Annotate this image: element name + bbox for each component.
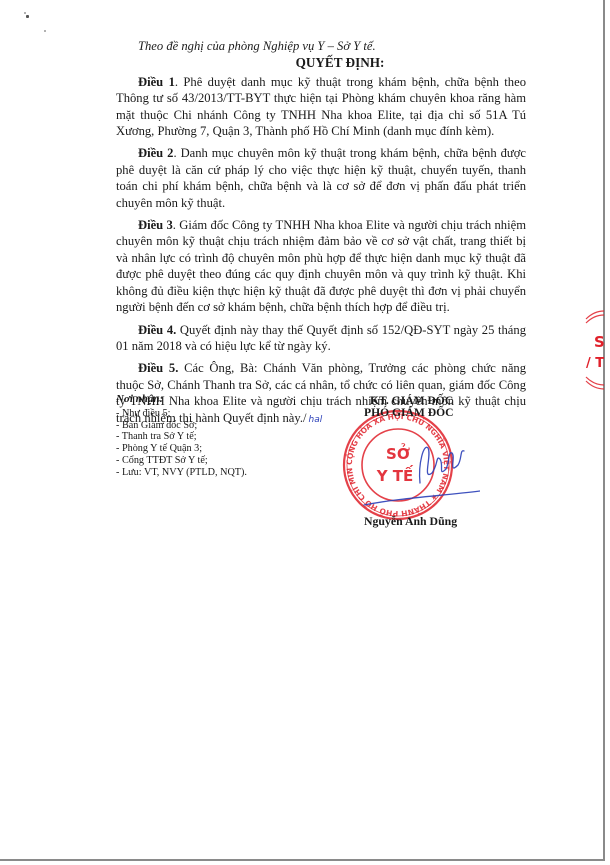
intro-line: Theo đề nghị của phòng Nghiệp vụ Y – Sở … <box>116 38 526 54</box>
page-edge-right <box>603 0 605 861</box>
partial-seal-letter: S <box>594 333 604 351</box>
recipient-item: - Cổng TTĐT Sở Y tế; <box>116 455 247 467</box>
recipients-block: Nơi nhận: - Như điều 5; - Ban Giám đốc S… <box>116 394 247 479</box>
scan-speck <box>44 30 46 32</box>
decision-heading: QUYẾT ĐỊNH: <box>154 55 526 71</box>
scan-speck <box>24 12 26 14</box>
article-label: Điều 5. <box>138 361 178 375</box>
page-edge-bottom <box>0 859 605 861</box>
official-seal-icon: CỘNG HÒA XÃ HỘI CHỦ NGHĨA VIỆT NAM ★ THÀ… <box>340 403 480 523</box>
article-text: Quyết định này thay thế Quyết định số 15… <box>116 323 526 353</box>
recipients-title: Nơi nhận: <box>116 394 247 406</box>
article-label: Điều 1 <box>138 75 175 89</box>
recipient-item: - Như điều 5; <box>116 408 247 420</box>
recipient-item: - Thanh tra Sở Y tế; <box>116 431 247 443</box>
decision-body: Theo đề nghị của phòng Nghiệp vụ Y – Sở … <box>116 38 526 434</box>
partial-seal-letter: / T <box>586 356 604 371</box>
signer-name: Nguyễn Anh Dũng <box>364 515 457 528</box>
article-2: Điều 2. Danh mục chuyên môn kỹ thuật tro… <box>116 145 526 211</box>
recipient-item: - Phòng Y tế Quận 3; <box>116 443 247 455</box>
signature-title-2: PHÓ GIÁM ĐỐC <box>364 406 454 419</box>
article-label: Điều 2 <box>138 146 173 160</box>
handwritten-initials: hal <box>309 415 323 425</box>
article-label: Điều 3 <box>138 218 173 232</box>
article-1: Điều 1. Phê duyệt danh mục kỹ thuật tron… <box>116 74 526 140</box>
article-text: . Danh mục chuyên môn kỹ thuật trong khá… <box>116 146 526 209</box>
scan-speck <box>26 15 29 18</box>
recipient-item: - Lưu: VT, NVY (PTLD, NQT). <box>116 467 247 479</box>
article-3: Điều 3. Giám đốc Công ty TNHH Nha khoa E… <box>116 217 526 315</box>
seal-text-2: Y TẾ <box>376 464 414 485</box>
article-text: . Giám đốc Công ty TNHH Nha khoa Elite v… <box>116 218 526 314</box>
article-4: Điều 4. Quyết định này thay thế Quyết đị… <box>116 322 526 355</box>
recipients-list: - Như điều 5; - Ban Giám đốc Sở; - Thanh… <box>116 408 247 479</box>
recipient-item: - Ban Giám đốc Sở; <box>116 420 247 432</box>
seal-text-1: SỞ <box>386 442 410 463</box>
partial-seal-icon: S / T <box>584 305 604 395</box>
article-text: . Phê duyệt danh mục kỹ thuật trong khám… <box>116 75 526 138</box>
article-label: Điều 4. <box>138 323 176 337</box>
